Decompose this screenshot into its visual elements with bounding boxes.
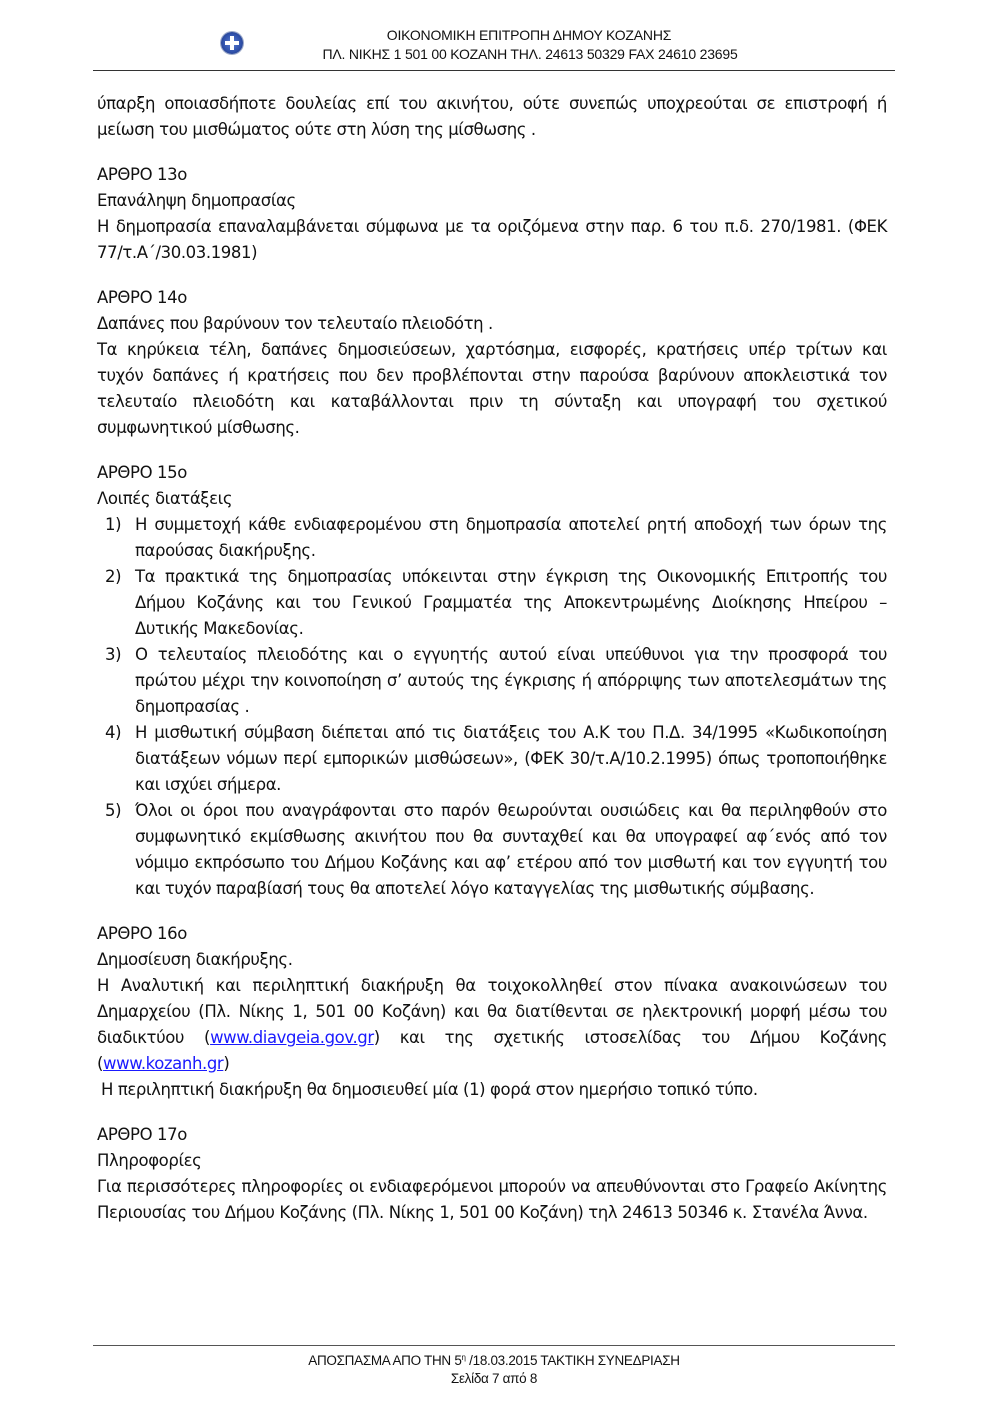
article-title: ΑΡΘΡΟ 14ο [97,285,887,311]
article-title: ΑΡΘΡΟ 15ο [97,460,887,486]
header-organization: ΟΙΚΟΝΟΜΙΚΗ ΕΠΙΤΡΟΠΗ ΔΗΜΟΥ ΚΟΖΑΝΗΣ [93,27,895,43]
page-number: Σελίδα 7 από 8 [93,1370,895,1388]
article-subtitle: Δημοσίευση διακήρυξης. [97,947,887,973]
article-14: ΑΡΘΡΟ 14ο Δαπάνες που βαρύνουν τον τελευ… [97,285,887,441]
footer-excerpt-suffix: /18.03.2015 ΤΑΚΤΙΚΗ ΣΥΝΕΔΡΙΑΣΗ [466,1353,680,1368]
article-body: Τα κηρύκεια τέλη, δαπάνες δημοσιεύσεων, … [97,337,887,441]
document-body: ύπαρξη οποιασδήποτε δουλείας επί του ακι… [97,91,887,1226]
list-item-number: 3) [105,642,121,668]
article-subtitle: Δαπάνες που βαρύνουν τον τελευταίο πλειο… [97,311,887,337]
intro-paragraph: ύπαρξη οποιασδήποτε δουλείας επί του ακι… [97,91,887,143]
article-title: ΑΡΘΡΟ 16ο [97,921,887,947]
list-item-text: Η συμμετοχή κάθε ενδιαφερομένου στη δημο… [135,515,887,560]
list-item: 3) Ο τελευταίος πλειοδότης και ο εγγυητή… [97,642,887,720]
article-title: ΑΡΘΡΟ 13ο [97,162,887,188]
article-subtitle: Πληροφορίες [97,1148,887,1174]
article-13: ΑΡΘΡΟ 13ο Επανάληψη δημοπρασίας Η δημοπρ… [97,162,887,266]
list-item-number: 1) [105,512,121,538]
page-header: ΟΙΚΟΝΟΜΙΚΗ ΕΠΙΤΡΟΠΗ ΔΗΜΟΥ ΚΟΖΑΝΗΣ ΠΛ. ΝΙ… [93,26,895,71]
article-16: ΑΡΘΡΟ 16ο Δημοσίευση διακήρυξης. Η Αναλυ… [97,921,887,1103]
list-item-text: Τα πρακτικά της δημοπρασίας υπόκεινται σ… [135,567,887,638]
article-17: ΑΡΘΡΟ 17ο Πληροφορίες Για περισσότερες π… [97,1122,887,1226]
provisions-list: 1) Η συμμετοχή κάθε ενδιαφερομένου στη δ… [97,512,887,902]
list-item: 4) Η μισθωτική σύμβαση διέπεται από τις … [97,720,887,798]
article-body: Η Αναλυτική και περιληπτική διακήρυξη θα… [97,973,887,1077]
footer-excerpt-prefix: ΑΠΟΣΠΑΣΜΑ ΑΠΟ ΤΗΝ 5 [308,1353,461,1368]
list-item-number: 5) [105,798,121,824]
header-address: ΠΛ. ΝΙΚΗΣ 1 501 00 ΚΟΖΑΝΗ ΤΗΛ. 24613 503… [93,46,895,62]
article-15: ΑΡΘΡΟ 15ο Λοιπές διατάξεις 1) Η συμμετοχ… [97,460,887,902]
list-item: 2) Τα πρακτικά της δημοπρασίας υπόκειντα… [97,564,887,642]
article-extra-line: Η περιληπτική διακήρυξη θα δημοσιευθεί μ… [97,1077,887,1103]
spacer [97,143,887,162]
list-item-number: 2) [105,564,121,590]
spacer [97,902,887,921]
list-item: 5) Όλοι οι όροι που αναγράφονται στο παρ… [97,798,887,902]
page-footer: ΑΠΟΣΠΑΣΜΑ ΑΠΟ ΤΗΝ 5η /18.03.2015 ΤΑΚΤΙΚΗ… [93,1345,895,1388]
kozanh-link[interactable]: www.kozanh.gr [103,1054,223,1073]
list-item-text: Η μισθωτική σύμβαση διέπεται από τις δια… [135,723,887,794]
list-item-number: 4) [105,720,121,746]
list-item-text: Ο τελευταίος πλειοδότης και ο εγγυητής α… [135,645,887,716]
diavgeia-link[interactable]: www.diavgeia.gov.gr [210,1028,374,1047]
spacer [97,441,887,460]
footer-excerpt-line: ΑΠΟΣΠΑΣΜΑ ΑΠΟ ΤΗΝ 5η /18.03.2015 ΤΑΚΤΙΚΗ… [93,1349,895,1370]
article-body: Η δημοπρασία επαναλαμβάνεται σύμφωνα με … [97,214,887,266]
body-text: ) [223,1054,229,1073]
article-body: Για περισσότερες πληροφορίες οι ενδιαφερ… [97,1174,887,1226]
list-item: 1) Η συμμετοχή κάθε ενδιαφερομένου στη δ… [97,512,887,564]
spacer [97,1103,887,1122]
spacer [97,266,887,285]
article-subtitle: Λοιπές διατάξεις [97,486,887,512]
article-subtitle: Επανάληψη δημοπρασίας [97,188,887,214]
list-item-text: Όλοι οι όροι που αναγράφονται στο παρόν … [135,801,887,898]
article-title: ΑΡΘΡΟ 17ο [97,1122,887,1148]
